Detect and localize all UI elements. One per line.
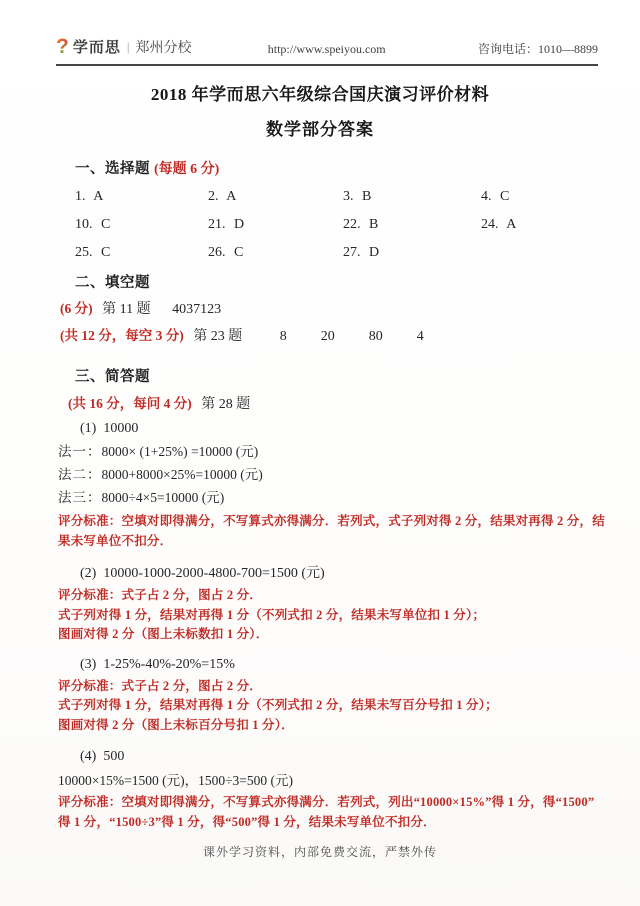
q1-method-1-expr: 8000× (1+25%) =10000 (元) — [102, 444, 259, 459]
q1-method-2-label: 法二： — [58, 467, 102, 482]
logo-divider: | — [127, 39, 130, 55]
fill-line-23: (共 12 分，每空 3 分) 第 23 题 820804 — [60, 327, 610, 346]
fill-23-answers: 820804 — [246, 329, 424, 344]
q1-method-1: 法一：8000× (1+25%) =10000 (元) — [58, 443, 612, 461]
q4-rubric-line-2: 得 1 分，“1500÷3”得 1 分，得“500”得 1 分，结果未写单位不扣… — [58, 813, 612, 833]
q3-number: (3) — [80, 657, 96, 672]
document-title: 2018 年学而思六年级综合国庆演习评价材料 — [0, 80, 640, 105]
consult-phone: 咨询电话：1010—8899 — [478, 40, 598, 57]
choice-answer — [481, 243, 610, 262]
q1-method-2-expr: 8000+8000×25%=10000 (元) — [102, 467, 263, 482]
short-heading-text: 三、简答题 — [75, 365, 612, 386]
choice-heading-text: 一、选择题 — [75, 161, 150, 177]
q1-method-1-label: 法一： — [58, 444, 102, 459]
section-short-answer: 三、简答题 (共 16 分，每问 4 分) 第 28 题 (1) 10000 法… — [58, 365, 612, 832]
q2-number: (2) — [80, 566, 96, 581]
q3-rubric: 评分标准：式子占 2 分，图占 2 分． 式子列对得 1 分，结果对再得 1 分… — [58, 677, 612, 736]
logo-brand-name: 学而思 — [73, 36, 121, 57]
q1-method-3-expr: 8000÷4×5=10000 (元) — [102, 490, 225, 505]
site-url: http://www.speiyou.com — [268, 42, 386, 57]
fill-23-points: (共 12 分，每空 3 分) — [60, 328, 184, 343]
section-fill: 二、填空题 (6 分) 第 11 题 4037123 (共 12 分，每空 3 … — [60, 271, 610, 346]
q2-answer-line: (2) 10000-1000-2000-4800-700=1500 (元) — [80, 565, 612, 583]
q4-rubric-line-1: 评分标准：空填对即得满分，不写算式亦得满分．若列式，列出“10000×15%”得… — [58, 793, 612, 813]
fill-11-answer: 4037123 — [172, 302, 221, 317]
fill-11-label: 第 11 题 — [102, 302, 150, 317]
fill-23-answer-1: 8 — [280, 328, 287, 346]
choice-answer: 1. A — [75, 187, 208, 206]
choice-answer-grid: 1. A 2. A 3. B 4. C 10. C 21. D 22. B 24… — [75, 187, 610, 262]
q2-answer: 10000-1000-2000-4800-700=1500 (元) — [103, 566, 324, 581]
q4-number: (4) — [80, 749, 96, 764]
choice-answer: 25. C — [75, 243, 208, 262]
choice-answer: 3. B — [343, 187, 481, 206]
choice-answer: 21. D — [208, 215, 343, 234]
fill-23-answer-2: 20 — [321, 328, 335, 346]
document-subtitle: 数学部分答案 — [0, 115, 640, 140]
q4-answer: 500 — [103, 749, 124, 764]
q3-answer-line: (3) 1-25%-40%-20%=15% — [80, 656, 612, 674]
fill-23-answer-4: 4 — [417, 328, 424, 346]
choice-answer: 2. A — [208, 187, 343, 206]
q2-rubric-line-2: 式子列对得 1 分，结果对再得 1 分（不列式扣 2 分，结果未写单位扣 1 分… — [58, 606, 612, 626]
xueersi-logo: ? 学而思 | 郑州分校 — [56, 36, 191, 57]
q1-method-2: 法二：8000+8000×25%=10000 (元) — [58, 466, 612, 484]
q1-method-3: 法三：8000÷4×5=10000 (元) — [58, 489, 612, 507]
section-choice-heading: 一、选择题 (每题 6 分) — [75, 157, 610, 178]
fill-23-label: 第 23 题 — [193, 329, 242, 344]
q4-answer-line: (4) 500 — [80, 748, 612, 766]
q4-rubric: 评分标准：空填对即得满分，不写算式亦得满分．若列式，列出“10000×15%”得… — [58, 793, 612, 832]
fill-23-answer-3: 80 — [369, 328, 383, 346]
choice-answer: 10. C — [75, 215, 208, 234]
q3-rubric-line-2: 式子列对得 1 分，结果对再得 1 分（不列式扣 2 分，结果未写百分号扣 1 … — [58, 696, 612, 716]
choice-answer: 24. A — [481, 215, 610, 234]
fill-line-11: (6 分) 第 11 题 4037123 — [60, 300, 610, 319]
choice-answer: 22. B — [343, 215, 481, 234]
q2-rubric: 评分标准：式子占 2 分，图占 2 分． 式子列对得 1 分，结果对再得 1 分… — [58, 586, 612, 645]
choice-points-note: (每题 6 分) — [154, 162, 219, 177]
q2-rubric-line-3: 图画对得 2 分（图上未标数扣 1 分）． — [58, 625, 612, 645]
fill-11-points: (6 分) — [60, 301, 93, 316]
q3-answer: 1-25%-40%-20%=15% — [103, 657, 235, 672]
q1-method-3-label: 法三： — [58, 490, 102, 505]
q3-rubric-line-1: 评分标准：式子占 2 分，图占 2 分． — [58, 677, 612, 697]
section-choice: 一、选择题 (每题 6 分) 1. A 2. A 3. B 4. C 10. C… — [75, 157, 610, 262]
answer-sheet-page: ? 学而思 | 郑州分校 http://www.speiyou.com 咨询电话… — [0, 0, 640, 906]
logo-branch-name: 郑州分校 — [135, 37, 191, 57]
q2-rubric-line-1: 评分标准：式子占 2 分，图占 2 分． — [58, 586, 612, 606]
footer-notice: 课外学习资料，内部免费交流，严禁外传 — [0, 843, 640, 860]
q4-calculation: 10000×15%=1500 (元)，1500÷3=500 (元) — [58, 772, 612, 790]
q1-answer: 10000 — [103, 421, 138, 436]
choice-answer: 4. C — [481, 187, 610, 206]
q1-number: (1) — [80, 421, 96, 436]
q1-rubric: 评分标准：空填对即得满分，不写算式亦得满分．若列式，式子列对得 2 分，结果对再… — [58, 512, 612, 551]
q1-answer-line: (1) 10000 — [80, 420, 612, 438]
fill-heading-text: 二、填空题 — [75, 271, 610, 292]
short-label: 第 28 题 — [201, 397, 250, 412]
choice-answer: 27. D — [343, 243, 481, 262]
choice-answer: 26. C — [208, 243, 343, 262]
short-points: (共 16 分，每问 4 分) — [68, 396, 192, 411]
question-mark-mosaic-icon: ? — [56, 37, 69, 57]
short-points-line: (共 16 分，每问 4 分) 第 28 题 — [68, 392, 612, 413]
q3-rubric-line-3: 图画对得 2 分（图上未标百分号扣 1 分）． — [58, 716, 612, 736]
page-header: ? 学而思 | 郑州分校 http://www.speiyou.com 咨询电话… — [56, 36, 598, 66]
